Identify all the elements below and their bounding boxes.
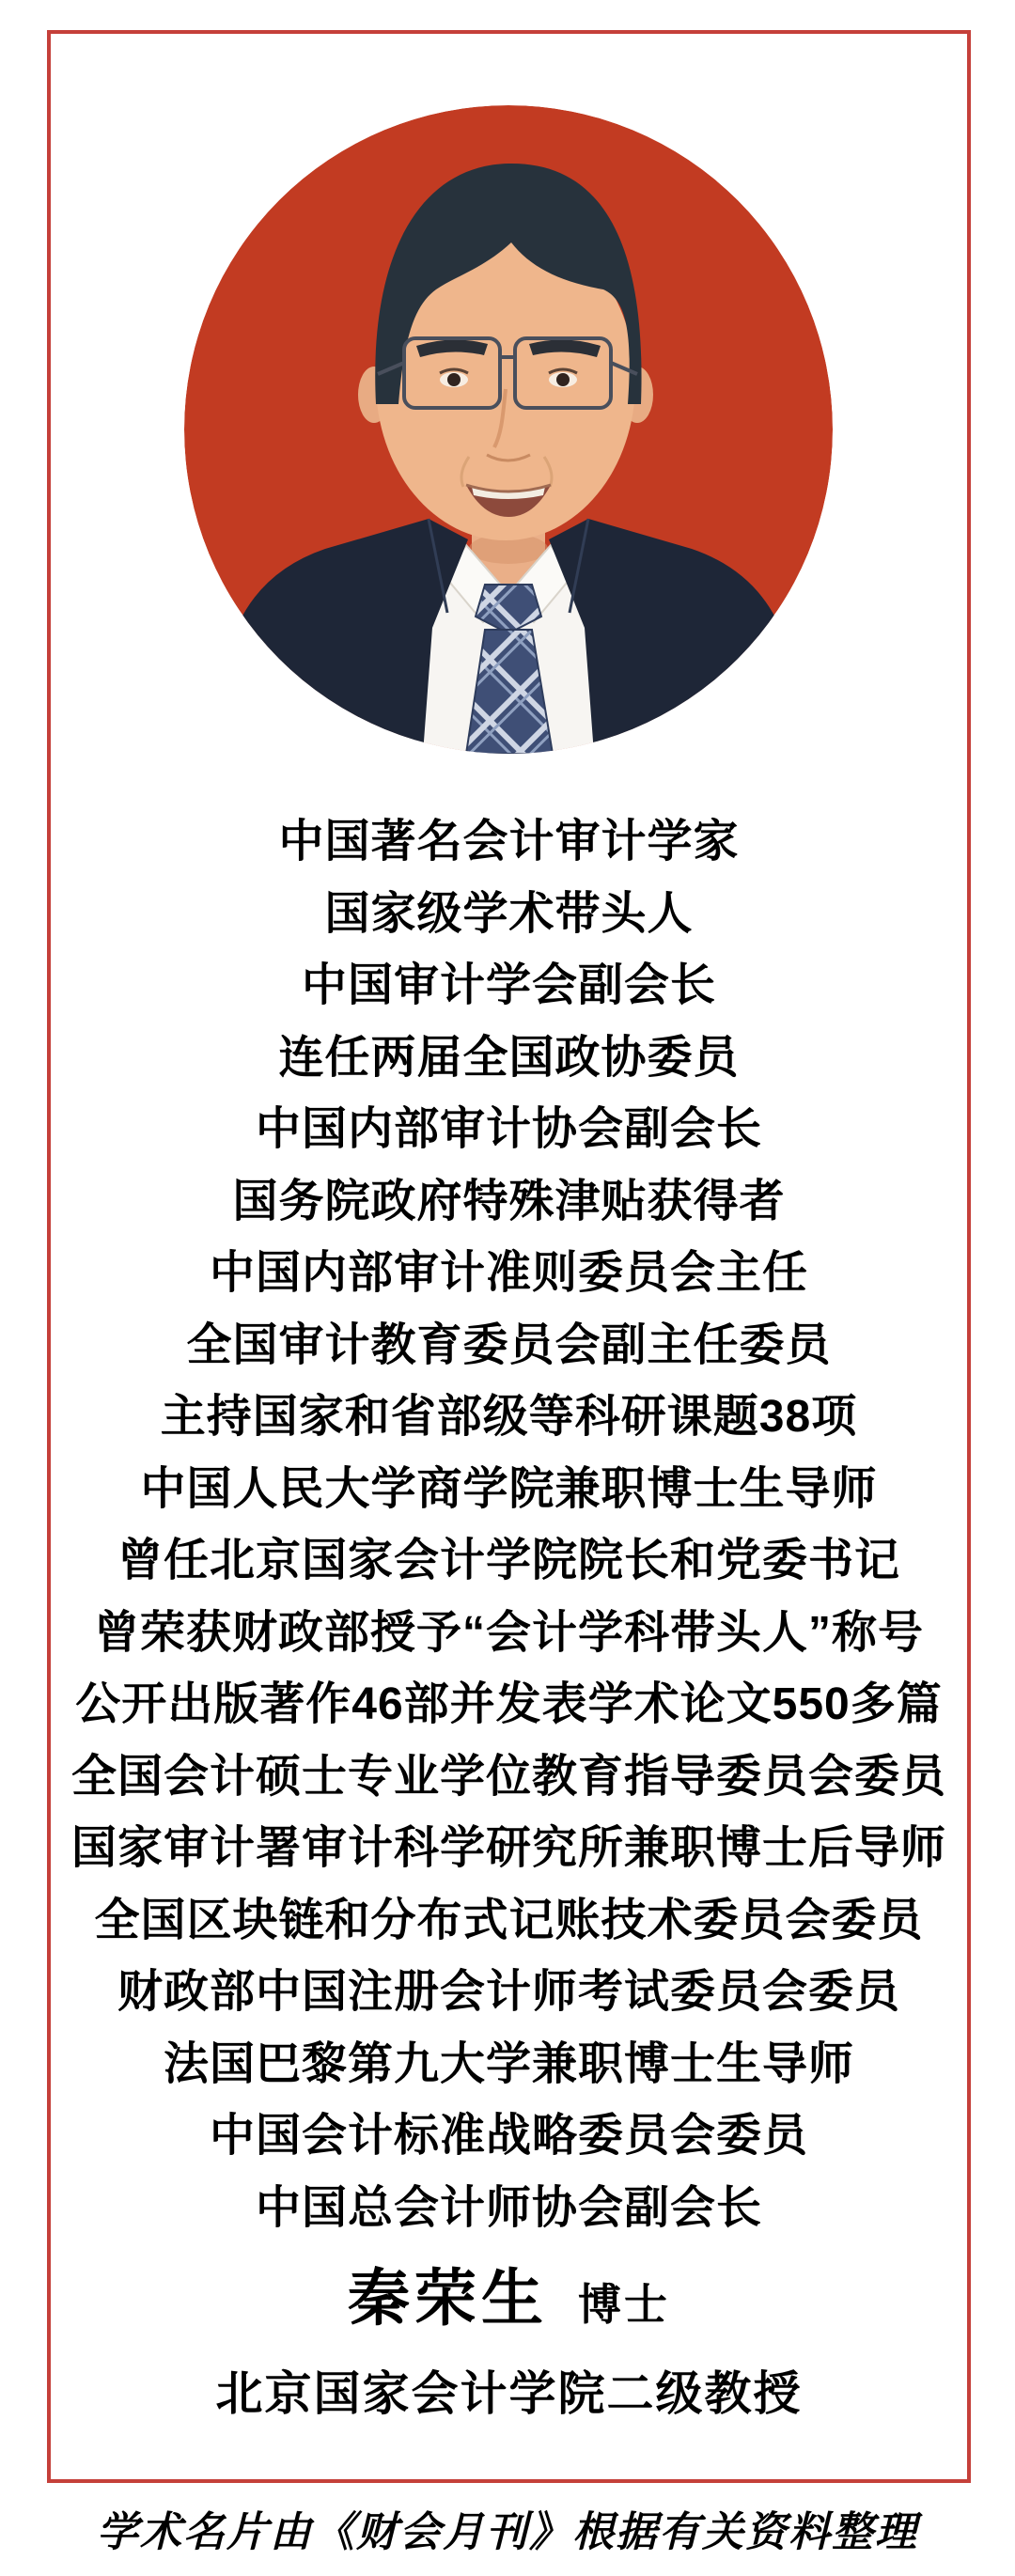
credential-line: 中国审计学会副会长 bbox=[47, 950, 971, 1023]
credential-line: 曾任北京国家会计学院院长和党委书记 bbox=[47, 1525, 971, 1598]
credential-line: 中国内部审计协会副会长 bbox=[47, 1094, 971, 1166]
credential-line: 全国审计教育委员会副主任委员 bbox=[47, 1310, 971, 1382]
person-degree: 博士 bbox=[578, 2283, 670, 2326]
person-name-row: 秦荣生 博士 bbox=[47, 2267, 971, 2329]
academic-card-page: { "colors": { "frame_border": "#c5403a",… bbox=[0, 0, 1015, 2576]
credential-line: 全国区块链和分布式记账技术委员会委员 bbox=[47, 1885, 971, 1958]
credential-line: 中国著名会计审计学家 bbox=[47, 806, 971, 879]
credentials-list: 中国著名会计审计学家国家级学术带头人中国审计学会副会长连任两届全国政协委员中国内… bbox=[47, 806, 971, 2244]
person-title: 北京国家会计学院二级教授 bbox=[47, 2364, 971, 2424]
portrait-photo-svg bbox=[184, 105, 833, 754]
credential-line: 财政部中国注册会计师考试委员会委员 bbox=[47, 1957, 971, 2029]
credential-line: 国家审计署审计科学研究所兼职博士后导师 bbox=[47, 1813, 971, 1885]
credential-line: 中国总会计师协会副会长 bbox=[47, 2173, 971, 2245]
credential-line: 曾荣获财政部授予“会计学科带头人”称号 bbox=[47, 1598, 971, 1670]
credential-line: 连任两届全国政协委员 bbox=[47, 1023, 971, 1095]
credential-line: 法国巴黎第九大学兼职博士生导师 bbox=[47, 2029, 971, 2101]
credential-line: 全国会计硕士专业学位教育指导委员会委员 bbox=[47, 1741, 971, 1814]
credential-line: 中国会计标准战略委员会委员 bbox=[47, 2100, 971, 2173]
credential-line: 主持国家和省部级等科研课题38项 bbox=[47, 1382, 971, 1454]
footer-note: 学术名片由《财会月刊》根据有关资料整理 bbox=[0, 2504, 1015, 2562]
credential-line: 国务院政府特殊津贴获得者 bbox=[47, 1166, 971, 1239]
credential-line: 中国内部审计准则委员会主任 bbox=[47, 1238, 971, 1310]
credential-line: 国家级学术带头人 bbox=[47, 879, 971, 951]
credential-line: 中国人民大学商学院兼职博士生导师 bbox=[47, 1454, 971, 1526]
man-portrait bbox=[184, 105, 833, 754]
credential-line: 公开出版著作46部并发表学术论文550多篇 bbox=[47, 1669, 971, 1741]
portrait-photo bbox=[184, 105, 833, 754]
person-name: 秦荣生 bbox=[348, 2267, 548, 2329]
